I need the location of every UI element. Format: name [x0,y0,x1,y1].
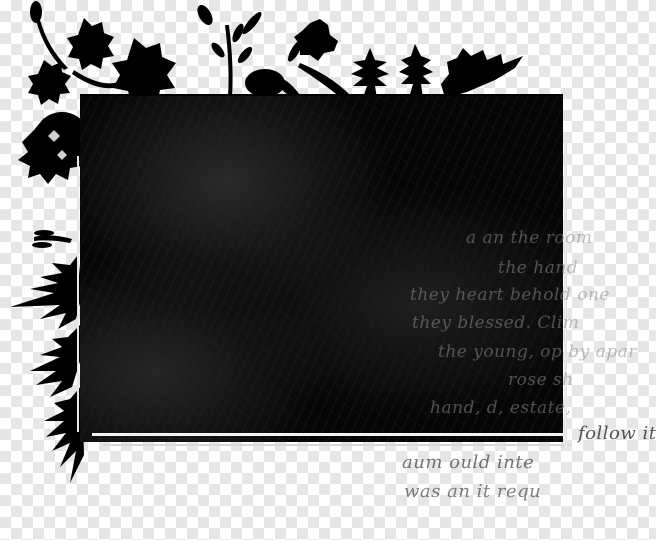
frame-inner-border-left [77,156,79,432]
artwork-canvas: a an the room the hand they heart behold… [0,0,656,540]
script-text-line: aum ould inte [402,452,534,473]
frame-inner-border-bottom [92,433,565,436]
script-text-line: rose sh [508,370,574,390]
script-text-line: was an it requ [404,481,541,502]
script-text-line: they blessed. Clim [412,313,579,333]
floral-ornament-top-center-icon [190,5,360,100]
grunge-frame-panel [80,94,563,442]
fern-ornament-top-right-icon [345,40,530,100]
script-text-line: hand, d, estate, [430,398,571,418]
script-text-line: a an the room [466,228,593,248]
frame-outer-border-bottom [102,444,571,446]
script-text-line: the hand [498,258,578,278]
script-text-line: the young, op by apar [438,342,637,362]
script-text-line: follow it a [578,423,656,444]
script-text-line: they heart behold one [410,285,610,305]
